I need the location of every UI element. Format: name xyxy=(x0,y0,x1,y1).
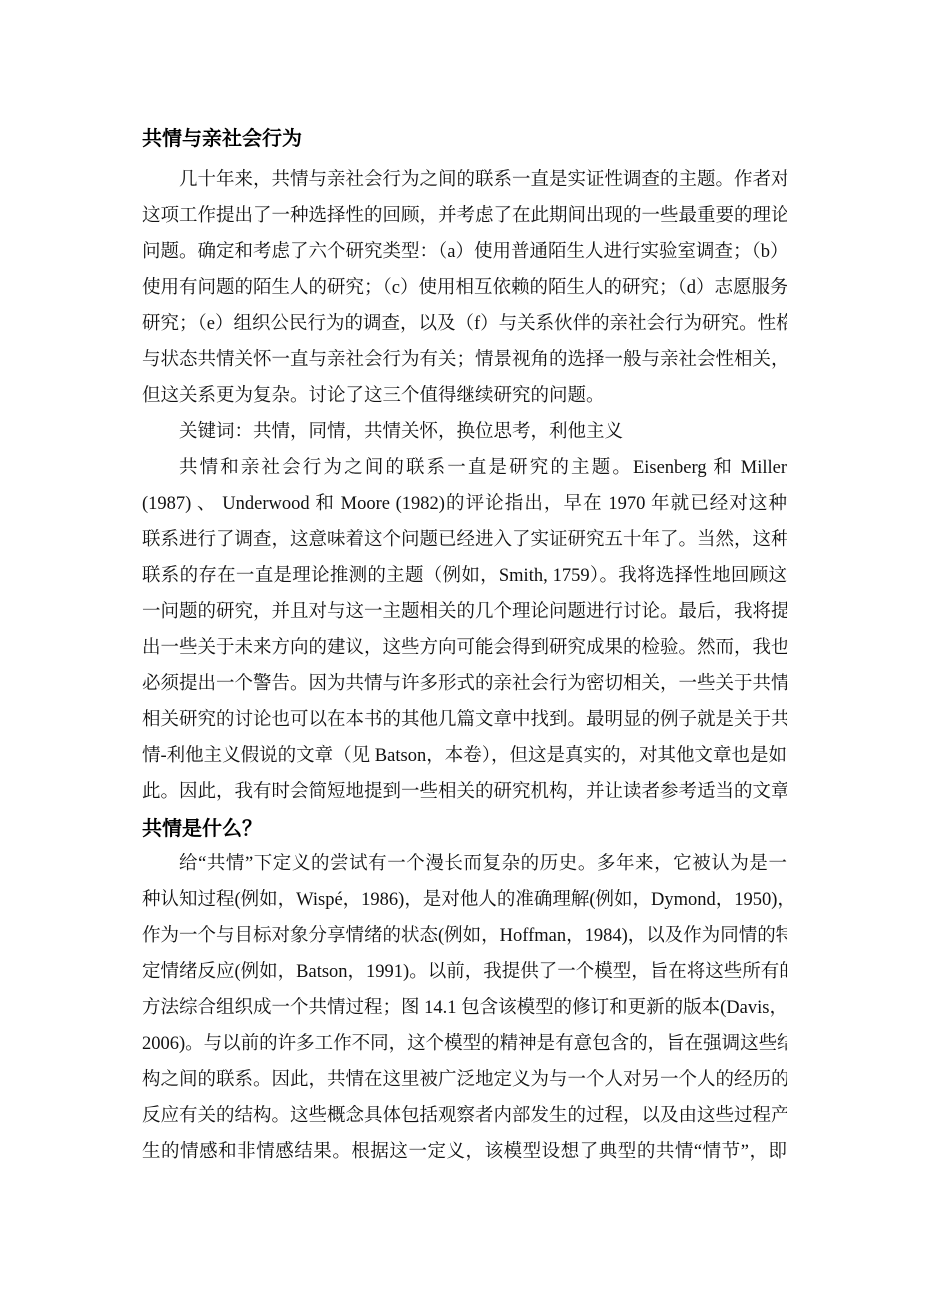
text-line: 必须提出一个警告。因为共情与许多形式的亲社会行为密切相关，一些关于共情 xyxy=(142,666,787,702)
text-line: 相关研究的讨论也可以在本书的其他几篇文章中找到。最明显的例子就是关于共 xyxy=(142,702,787,738)
text-line: 但这关系更为复杂。讨论了这三个值得继续研究的问题。 xyxy=(142,378,787,414)
text-line: 构之间的联系。因此，共情在这里被广泛地定义为与一个人对另一个人的经历的 xyxy=(142,1062,787,1098)
text-line: 使用有问题的陌生人的研究；（c）使用相互依赖的陌生人的研究；（d）志愿服务 xyxy=(142,270,787,306)
text-line: 联系进行了调查，这意味着这个问题已经进入了实证研究五十年了。当然，这种 xyxy=(142,522,787,558)
keywords-line: 关键词：共情，同情，共情关怀，换位思考，利他主义 xyxy=(142,414,787,450)
text-line: 情-利他主义假说的文章（见 Batson，本卷），但这是真实的，对其他文章也是如 xyxy=(142,738,787,774)
text-line: 生的情感和非情感结果。根据这一定义，该模型设想了典型的共情“情节”，即 xyxy=(142,1134,787,1170)
text-line: 研究；（e）组织公民行为的调查，以及（f）与关系伙伴的亲社会行为研究。性格 xyxy=(142,306,787,342)
abstract-paragraph: 几十年来，共情与亲社会行为之间的联系一直是实证性调查的主题。作者对 这项工作提出… xyxy=(142,162,787,414)
text-line: 共情和亲社会行为之间的联系一直是研究的主题。Eisenberg 和 Miller xyxy=(142,450,787,486)
text-line: 与状态共情关怀一直与亲社会行为有关；情景视角的选择一般与亲社会性相关， xyxy=(142,342,787,378)
text-line: 一问题的研究，并且对与这一主题相关的几个理论问题进行讨论。最后，我将提 xyxy=(142,594,787,630)
text-line: 2006)。与以前的许多工作不同，这个模型的精神是有意包含的，旨在强调这些结 xyxy=(142,1026,787,1062)
text-line: 定情绪反应(例如，Batson，1991)。以前，我提供了一个模型，旨在将这些所… xyxy=(142,954,787,990)
text-line: 出一些关于未来方向的建议，这些方向可能会得到研究成果的检验。然而，我也 xyxy=(142,630,787,666)
section-heading-empathy-prosocial: 共情与亲社会行为 xyxy=(142,120,787,156)
definition-paragraph: 给“共情”下定义的尝试有一个漫长而复杂的历史。多年来，它被认为是一 种认知过程(… xyxy=(142,846,787,1170)
text-line: 此。因此，我有时会简短地提到一些相关的研究机构，并让读者参考适当的文章。 xyxy=(142,774,787,810)
text-line: 这项工作提出了一种选择性的回顾，并考虑了在此期间出现的一些最重要的理论 xyxy=(142,198,787,234)
intro-paragraph: 共情和亲社会行为之间的联系一直是研究的主题。Eisenberg 和 Miller… xyxy=(142,450,787,810)
text-line: 联系的存在一直是理论推测的主题（例如，Smith, 1759）。我将选择性地回顾… xyxy=(142,558,787,594)
text-line: 问题。确定和考虑了六个研究类型：（a）使用普通陌生人进行实验室调查；（b） xyxy=(142,234,787,270)
text-line: 方法综合组织成一个共情过程；图 14.1 包含该模型的修订和更新的版本(Davi… xyxy=(142,990,787,1026)
text-line: 作为一个与目标对象分享情绪的状态(例如，Hoffman，1984)，以及作为同情… xyxy=(142,918,787,954)
text-line: 给“共情”下定义的尝试有一个漫长而复杂的历史。多年来，它被认为是一 xyxy=(142,846,787,882)
text-line: 几十年来，共情与亲社会行为之间的联系一直是实证性调查的主题。作者对 xyxy=(142,162,787,198)
text-line: (1987) 、 Underwood 和 Moore (1982)的评论指出，早… xyxy=(142,486,787,522)
document-page: 共情与亲社会行为 几十年来，共情与亲社会行为之间的联系一直是实证性调查的主题。作… xyxy=(142,120,787,1170)
text-line: 反应有关的结构。这些概念具体包括观察者内部发生的过程，以及由这些过程产 xyxy=(142,1098,787,1134)
section-heading-what-is-empathy: 共情是什么？ xyxy=(142,810,787,846)
text-line: 种认知过程(例如，Wispé，1986)，是对他人的准确理解(例如，Dymond… xyxy=(142,882,787,918)
